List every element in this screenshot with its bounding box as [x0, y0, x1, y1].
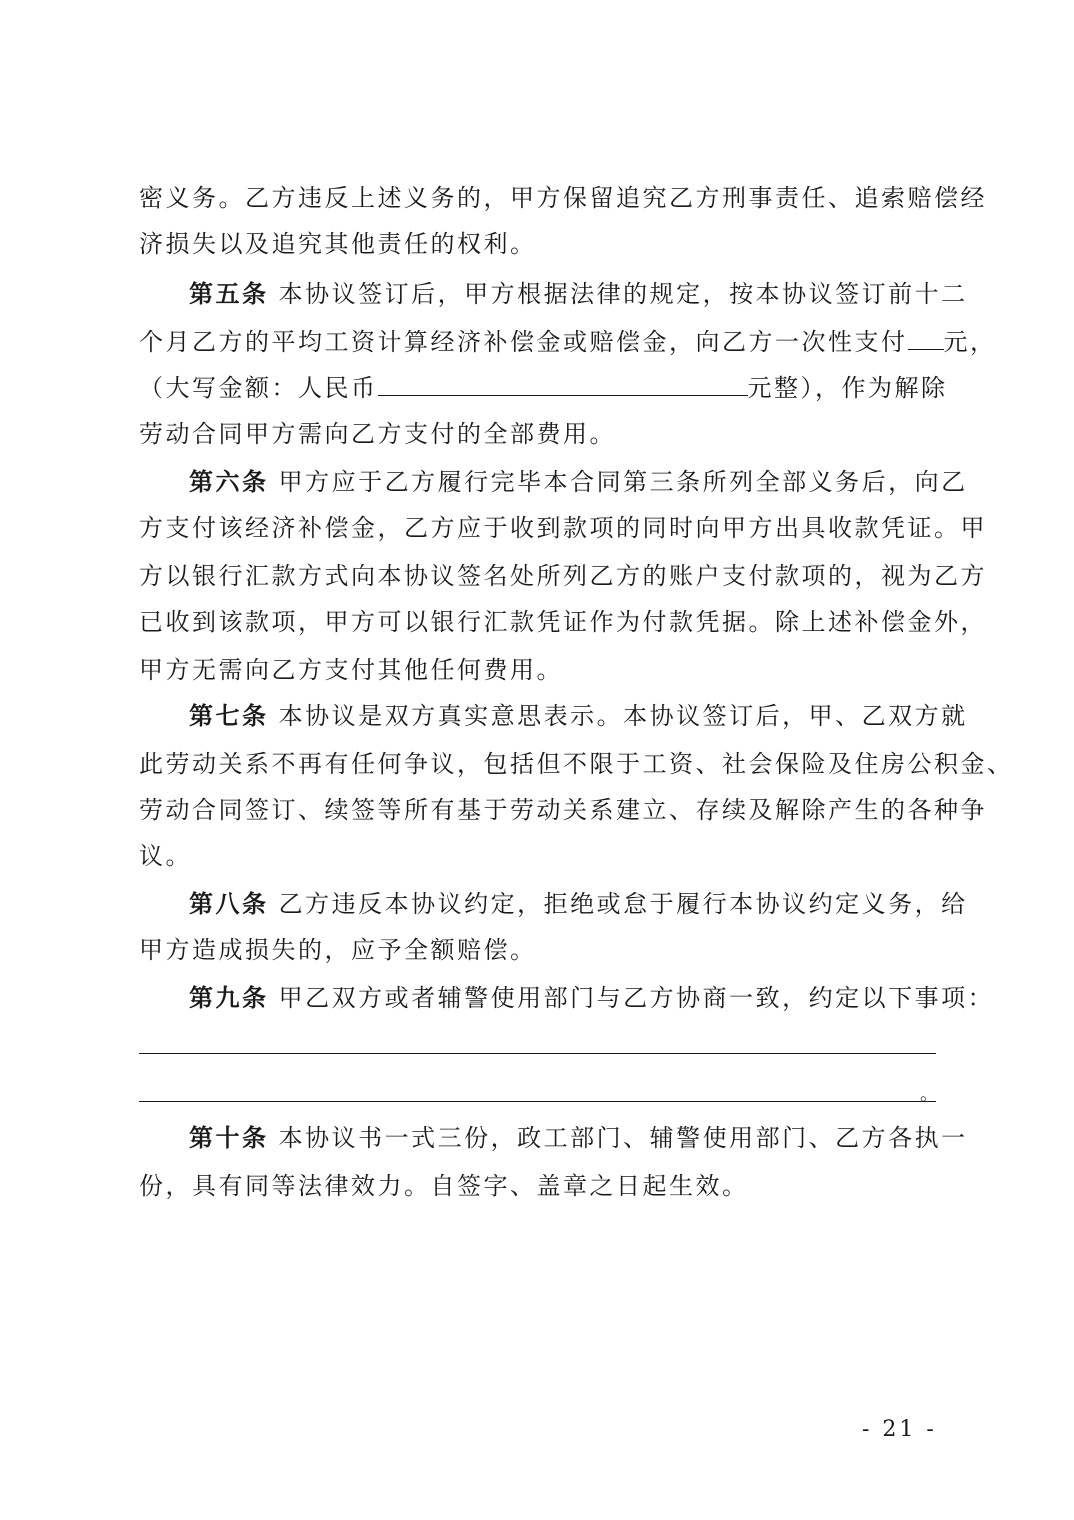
article-5-text-3b: 元整），作为解除 — [748, 374, 948, 402]
article-5-text-1: 本协议签订后，甲方根据法律的规定，按本协议签订前十二 — [279, 280, 968, 308]
article-10-heading: 第十条 — [189, 1123, 269, 1152]
article-7-line-3: 劳动合同签订、续签等所有基于劳动关系建立、存续及解除产生的各种争 — [139, 794, 936, 826]
article-5-text-3: （大写金额：人民币 — [139, 374, 378, 402]
agreed-items-blank-line-2[interactable] — [139, 1101, 936, 1102]
article-8-heading: 第八条 — [189, 889, 269, 918]
article-9-text-1: 甲乙双方或者辅警使用部门与乙方协商一致，约定以下事项： — [279, 984, 995, 1012]
article-6-line-1: 第六条 甲方应于乙方履行完毕本合同第三条所列全部义务后，向乙 — [189, 466, 936, 498]
article-5-line-3: （大写金额：人民币元整），作为解除 — [139, 372, 936, 404]
article-6-heading: 第六条 — [189, 467, 269, 496]
article-5-text-2b: 元， — [944, 328, 997, 356]
article-9-heading: 第九条 — [189, 983, 269, 1012]
article-6-line-3: 方以银行汇款方式向本协议签名处所列乙方的账户支付款项的，视为乙方 — [139, 560, 936, 592]
article-5-line-2: 个月乙方的平均工资计算经济补偿金或赔偿金，向乙方一次性支付元， — [139, 326, 936, 358]
article-7-line-4: 议。 — [139, 840, 936, 872]
article-8-text-1: 乙方违反本协议约定，拒绝或怠于履行本协议约定义务，给 — [279, 890, 968, 918]
article-7-line-1: 第七条 本协议是双方真实意思表示。本协议签订后，甲、乙双方就 — [189, 700, 936, 732]
article-10-text-1: 本协议书一式三份，政工部门、辅警使用部门、乙方各执一 — [279, 1124, 968, 1152]
article-8-line-1: 第八条 乙方违反本协议约定，拒绝或怠于履行本协议约定义务，给 — [189, 888, 936, 920]
article-9-line-1: 第九条 甲乙双方或者辅警使用部门与乙方协商一致，约定以下事项： — [189, 982, 936, 1014]
article-10-line-1: 第十条 本协议书一式三份，政工部门、辅警使用部门、乙方各执一 — [189, 1122, 936, 1154]
article-7-heading: 第七条 — [189, 701, 269, 730]
article-6-line-5: 甲方无需向乙方支付其他任何费用。 — [139, 654, 936, 686]
article-10-line-2: 份，具有同等法律效力。自签字、盖章之日起生效。 — [139, 1170, 936, 1202]
continuation-line-1: 密义务。乙方违反上述义务的，甲方保留追究乙方刑事责任、追索赔偿经 — [139, 182, 936, 214]
amount-words-blank-field[interactable] — [378, 373, 748, 396]
article-5-text-2: 个月乙方的平均工资计算经济补偿金或赔偿金，向乙方一次性支付 — [139, 328, 908, 356]
page-number: - 21 - — [862, 1417, 937, 1442]
agreed-items-blank-line-1[interactable] — [139, 1053, 936, 1054]
article-5-heading: 第五条 — [189, 279, 269, 308]
article-5-line-1: 第五条 本协议签订后，甲方根据法律的规定，按本协议签订前十二 — [189, 278, 936, 310]
article-6-line-4: 已收到该款项，甲方可以银行汇款凭证作为付款凭据。除上述补偿金外， — [139, 606, 936, 638]
article-9-end-mark: 。 — [920, 1080, 938, 1106]
article-7-line-2: 此劳动关系不再有任何争议，包括但不限于工资、社会保险及住房公积金、 — [139, 748, 936, 780]
article-8-line-2: 甲方造成损失的，应予全额赔偿。 — [139, 934, 936, 966]
continuation-line-2: 济损失以及追究其他责任的权利。 — [139, 228, 936, 260]
article-6-line-2: 方支付该经济补偿金，乙方应于收到款项的同时向甲方出具收款凭证。甲 — [139, 512, 936, 544]
article-6-text-1: 甲方应于乙方履行完毕本合同第三条所列全部义务后，向乙 — [279, 468, 968, 496]
document-page: 密义务。乙方违反上述义务的，甲方保留追究乙方刑事责任、追索赔偿经 济损失以及追究… — [0, 0, 1074, 1520]
article-5-line-4: 劳动合同甲方需向乙方支付的全部费用。 — [139, 418, 936, 450]
amount-blank-field[interactable] — [908, 327, 944, 350]
article-7-text-1: 本协议是双方真实意思表示。本协议签订后，甲、乙双方就 — [279, 702, 968, 730]
